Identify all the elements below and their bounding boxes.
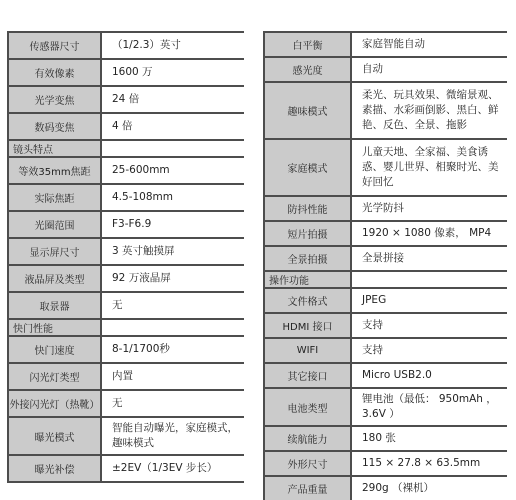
spec-label: 光圈范围 — [8, 211, 101, 238]
spec-row: 有效像素1600 万 — [8, 59, 244, 86]
section-title: 镜头特点 — [8, 140, 101, 157]
spec-label: 有效像素 — [8, 59, 101, 86]
spec-row: 产品重量290g （裸机） — [264, 476, 507, 500]
spec-value: 4.5-108mm — [101, 184, 244, 211]
spec-value: 家庭智能自动 — [351, 32, 507, 57]
spec-table-left-body: 传感器尺寸（1/2.3）英寸有效像素1600 万光学变焦24 倍数码变焦4 倍镜… — [8, 32, 244, 482]
spec-label: 外形尺寸 — [264, 451, 351, 476]
spec-label: 光学变焦 — [8, 86, 101, 113]
spec-value: 290g （裸机） — [351, 476, 507, 500]
spec-row: 液晶屏及类型92 万液晶屏 — [8, 265, 244, 292]
section-title: 快门性能 — [8, 319, 101, 336]
spec-label: 取景器 — [8, 292, 101, 319]
spec-value: 儿童天地、全家福、美食诱惑、婴儿世界、相聚时光、美好回忆 — [351, 139, 507, 196]
spec-row: 家庭模式儿童天地、全家福、美食诱惑、婴儿世界、相聚时光、美好回忆 — [264, 139, 507, 196]
spec-label: 电池类型 — [264, 388, 351, 426]
spec-value: 支持 — [351, 313, 507, 338]
spec-value: JPEG — [351, 288, 507, 313]
spec-row: 曝光模式智能自动曝光，家庭模式，趣味模式 — [8, 417, 244, 455]
spec-row: 取景器无 — [8, 292, 244, 319]
spec-row: 等效35mm焦距25-600mm — [8, 157, 244, 184]
spec-row: 曝光补偿±2EV（1/3EV 步长） — [8, 455, 244, 482]
spec-label: 快门速度 — [8, 336, 101, 363]
spec-table-left: 传感器尺寸（1/2.3）英寸有效像素1600 万光学变焦24 倍数码变焦4 倍镜… — [7, 31, 244, 483]
spec-value: 锂电池（最低： 950mAh ， 3.6V ） — [351, 388, 507, 426]
spec-value: 无 — [101, 390, 244, 417]
spec-sheet: 传感器尺寸（1/2.3）英寸有效像素1600 万光学变焦24 倍数码变焦4 倍镜… — [0, 0, 516, 500]
spec-row: 感光度自动 — [264, 57, 507, 82]
spec-value: 1600 万 — [101, 59, 244, 86]
section-title: 操作功能 — [264, 271, 351, 288]
spec-label: WIFI — [264, 338, 351, 363]
spec-label: 文件格式 — [264, 288, 351, 313]
spec-row: 传感器尺寸（1/2.3）英寸 — [8, 32, 244, 59]
spec-value: 智能自动曝光，家庭模式，趣味模式 — [101, 417, 244, 455]
spec-label: 等效35mm焦距 — [8, 157, 101, 184]
spec-value: 内置 — [101, 363, 244, 390]
spec-label: 实际焦距 — [8, 184, 101, 211]
spec-label: 显示屏尺寸 — [8, 238, 101, 265]
spec-value: 全景拼接 — [351, 246, 507, 271]
spec-label: HDMI 接口 — [264, 313, 351, 338]
spec-value: 25-600mm — [101, 157, 244, 184]
spec-value: 3 英寸触摸屏 — [101, 238, 244, 265]
spec-value — [351, 271, 507, 288]
spec-row: 电池类型锂电池（最低： 950mAh ， 3.6V ） — [264, 388, 507, 426]
spec-label: 白平衡 — [264, 32, 351, 57]
spec-label: 传感器尺寸 — [8, 32, 101, 59]
spec-row: 文件格式JPEG — [264, 288, 507, 313]
spec-label: 其它接口 — [264, 363, 351, 388]
spec-value: 支持 — [351, 338, 507, 363]
spec-value: 自动 — [351, 57, 507, 82]
spec-row: 短片拍摄1920 × 1080 像素， MP4 — [264, 221, 507, 246]
spec-row: 光圈范围F3-F6.9 — [8, 211, 244, 238]
spec-row: 快门速度8-1/1700秒 — [8, 336, 244, 363]
section-header-row: 操作功能 — [264, 271, 507, 288]
spec-value: 1920 × 1080 像素， MP4 — [351, 221, 507, 246]
spec-label: 外接闪光灯（热靴） — [8, 390, 101, 417]
spec-value: 180 张 — [351, 426, 507, 451]
spec-value: 4 倍 — [101, 113, 244, 140]
spec-label: 防抖性能 — [264, 196, 351, 221]
spec-row: 光学变焦24 倍 — [8, 86, 244, 113]
spec-row: 趣味模式柔光、玩具效果、微缩景观、素描、水彩画倒影、黑白、鲜艳、反色、全景、拖影 — [264, 82, 507, 139]
spec-label: 趣味模式 — [264, 82, 351, 139]
spec-table-right: 白平衡家庭智能自动感光度自动趣味模式柔光、玩具效果、微缩景观、素描、水彩画倒影、… — [263, 31, 507, 500]
spec-row: 其它接口Micro USB2.0 — [264, 363, 507, 388]
spec-value — [101, 140, 244, 157]
spec-row: 全景拍摄全景拼接 — [264, 246, 507, 271]
spec-value — [101, 319, 244, 336]
spec-value: 92 万液晶屏 — [101, 265, 244, 292]
spec-label: 液晶屏及类型 — [8, 265, 101, 292]
spec-row: 外形尺寸115 × 27.8 × 63.5mm — [264, 451, 507, 476]
spec-label: 闪光灯类型 — [8, 363, 101, 390]
spec-value: ±2EV（1/3EV 步长） — [101, 455, 244, 482]
spec-label: 曝光补偿 — [8, 455, 101, 482]
spec-label: 数码变焦 — [8, 113, 101, 140]
section-header-row: 快门性能 — [8, 319, 244, 336]
spec-value: 无 — [101, 292, 244, 319]
spec-row: 显示屏尺寸3 英寸触摸屏 — [8, 238, 244, 265]
spec-label: 短片拍摄 — [264, 221, 351, 246]
spec-value: 柔光、玩具效果、微缩景观、素描、水彩画倒影、黑白、鲜艳、反色、全景、拖影 — [351, 82, 507, 139]
spec-row: 数码变焦4 倍 — [8, 113, 244, 140]
spec-label: 感光度 — [264, 57, 351, 82]
spec-label: 续航能力 — [264, 426, 351, 451]
spec-row: 续航能力180 张 — [264, 426, 507, 451]
spec-value: 115 × 27.8 × 63.5mm — [351, 451, 507, 476]
spec-label: 曝光模式 — [8, 417, 101, 455]
spec-label: 家庭模式 — [264, 139, 351, 196]
spec-value: （1/2.3）英寸 — [101, 32, 244, 59]
spec-value: 24 倍 — [101, 86, 244, 113]
spec-row: WIFI支持 — [264, 338, 507, 363]
spec-row: 防抖性能光学防抖 — [264, 196, 507, 221]
spec-row: 闪光灯类型内置 — [8, 363, 244, 390]
spec-value: 光学防抖 — [351, 196, 507, 221]
spec-label: 全景拍摄 — [264, 246, 351, 271]
spec-label: 产品重量 — [264, 476, 351, 500]
spec-table-right-body: 白平衡家庭智能自动感光度自动趣味模式柔光、玩具效果、微缩景观、素描、水彩画倒影、… — [264, 32, 507, 500]
section-header-row: 镜头特点 — [8, 140, 244, 157]
spec-row: 白平衡家庭智能自动 — [264, 32, 507, 57]
spec-value: 8-1/1700秒 — [101, 336, 244, 363]
spec-value: F3-F6.9 — [101, 211, 244, 238]
spec-value: Micro USB2.0 — [351, 363, 507, 388]
spec-row: 实际焦距4.5-108mm — [8, 184, 244, 211]
spec-sheet-page: { "colors": { "label_cell_bg": "#cbcbcb"… — [0, 0, 516, 500]
spec-row: HDMI 接口支持 — [264, 313, 507, 338]
spec-row: 外接闪光灯（热靴）无 — [8, 390, 244, 417]
